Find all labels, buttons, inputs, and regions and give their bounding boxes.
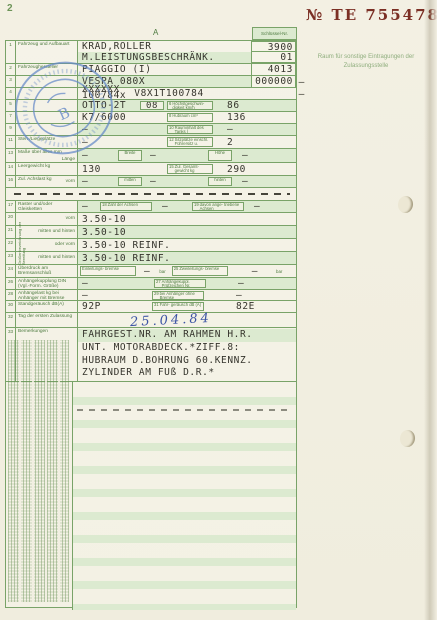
page-number: 2 xyxy=(7,3,13,14)
tracks-value: – xyxy=(82,201,100,212)
field-12-label-box: 12Sitzplätze einschl. Führersitz u. Nots… xyxy=(167,137,213,148)
punch-hole-bottom xyxy=(399,429,416,448)
field-21-value: 3.50-10 xyxy=(78,226,296,238)
field-17-number: 17 xyxy=(6,201,16,212)
field-28-label: Anhängelast kg bei Anhänger mit Bremse xyxy=(16,290,78,300)
field-24-label: Überdruck am Bremsanschluß xyxy=(16,265,78,277)
striped-entry-area xyxy=(73,382,296,610)
document-serial-number: № TE 755478 xyxy=(306,6,437,24)
field-16-number: 16 xyxy=(6,176,16,187)
first-registration-date-handwritten: 25.04.84 xyxy=(130,310,213,329)
dual-line-brake-box: 25Zweileitungs- bremse xyxy=(172,266,228,277)
displacement-value: 136 xyxy=(227,112,246,123)
divider-row xyxy=(6,188,296,201)
field-1-number: 1 xyxy=(6,41,16,63)
axle-rear-label-box: hinten xyxy=(208,177,232,187)
driven-axles-value: – xyxy=(254,201,260,212)
field-13-number: 13 xyxy=(6,149,16,162)
field-19-label-box: 19davon ange- triebene Achsen xyxy=(192,202,244,212)
single-line-brake-box: Einleitungs- bremse xyxy=(80,266,136,277)
coupling-value: – xyxy=(82,278,154,289)
key-box-01: 01 xyxy=(251,51,296,63)
field-21-label: mitten und hinten xyxy=(16,226,78,238)
remark-line-1: FAHRGEST.NR. AM RAHMEN H.R. xyxy=(78,329,296,342)
field-31-label-box: 31Fahr- geräusch dB (A) xyxy=(152,302,204,312)
field-4-after-dash: – xyxy=(299,89,305,100)
row-brake-pressure: 24 Überdruck am Bremsanschluß Einleitung… xyxy=(6,265,296,278)
axle-front-value: – xyxy=(82,176,118,187)
row-tire-alt-front: 22 oder vorn 3.50-10 REINF. xyxy=(6,239,296,252)
field-22-number: 22 xyxy=(6,239,16,251)
vin-value: V8X1T100784 xyxy=(134,88,204,99)
field-3-after-dash: – xyxy=(299,77,305,88)
stamp-center-letter: B xyxy=(56,104,73,124)
field-29-label-box: 29bei Anhänger ohne Bremse xyxy=(152,291,204,300)
row-coupling: 26 Anhängekupplung DIN (Vgl.-Form. Größe… xyxy=(6,278,296,290)
bar-unit-2: bar xyxy=(276,269,282,274)
field-23-value: 3.50-10 REINF. xyxy=(78,252,296,264)
field-16-label: Zul. Achslast kgvorn xyxy=(16,176,78,187)
top-speed-value: 86 xyxy=(227,100,240,111)
height-label-box: Höhe xyxy=(208,150,232,162)
row-noise: 30 Standgeräusch dB(A) 92P 31Fahr- geräu… xyxy=(6,301,296,313)
page-edge xyxy=(424,0,437,620)
field-6-label-box: 6Höchstgeschwin- digkeit km/h xyxy=(167,101,213,111)
field-30-number: 30 xyxy=(6,301,16,312)
axle-middle-label-box: mitten xyxy=(118,177,142,187)
remark-line-3: HUBRAUM D.BOHRUNG 60.KENNZ. xyxy=(78,355,296,368)
driving-noise-value: 82E xyxy=(236,301,255,312)
field-32-value: 25.04.84 xyxy=(78,313,296,327)
field-11-number: 11 xyxy=(6,136,16,148)
row-tire-front: 20 vorn 3.50-10 xyxy=(6,213,296,226)
field-18-label-box: 18Zahl der Achsen xyxy=(100,202,152,212)
field-1-value: KRAD,ROLLER 3900 M.LEISTUNGSBESCHRÄNK. 0… xyxy=(78,41,296,63)
typed-dash-line xyxy=(14,193,290,195)
row-axle-load: 16 Zul. Achslast kgvorn – mitten – hinte… xyxy=(6,176,296,188)
field-16-value: – mitten – hinten – xyxy=(78,176,296,187)
axle-rear-value: – xyxy=(242,176,248,187)
field-14-number: 14 xyxy=(6,163,16,175)
bar-unit-1: bar xyxy=(159,269,165,274)
width-value: – xyxy=(150,150,166,161)
field-24-25-value: Einleitungs- bremse – bar 25Zweileitungs… xyxy=(78,265,296,277)
field-8-label-box: 8Hubraum cm³ xyxy=(167,113,213,123)
tire-alt-rear-value: 3.50-10 REINF. xyxy=(82,253,170,264)
trailer-braked-value: – xyxy=(82,290,152,301)
empty-weight-value: 130 xyxy=(82,164,140,175)
key-number-header: Schlüssel-Nr. xyxy=(252,27,297,40)
table-header: A Schlüssel-Nr. xyxy=(5,26,297,40)
field-17-label: Raster und/oder Gleisketten xyxy=(16,201,78,212)
field-22-value: 3.50-10 REINF. xyxy=(78,239,296,251)
row-trailer-load: 28 Anhängelast kg bei Anhänger mit Brems… xyxy=(6,290,296,301)
field-15-label-box: 15Zul. Gesamt- gewicht kg xyxy=(167,164,213,175)
field-20-value: 3.50-10 xyxy=(78,213,296,225)
registration-office-note: Raum für sonstige Eintragungen der Zulas… xyxy=(308,53,424,71)
field-30-31-value: 92P 31Fahr- geräusch dB (A) 82E xyxy=(78,301,296,312)
remark-line-4: ZYLINDER AM FUß D.R.* xyxy=(78,367,296,380)
seats-value: 2 xyxy=(227,137,233,148)
field-30-label: Standgeräusch dB(A) xyxy=(16,301,78,312)
typed-dash-line-2 xyxy=(77,409,290,411)
code-box-08: 08 xyxy=(140,101,164,111)
row-first-registration: 32 Tag der ersten Zulassung 25.04.84 xyxy=(6,313,296,328)
field-27-label-box: 27Anhängekuppl. Prüfzeichen Nr. xyxy=(154,279,206,289)
vehicle-registration-document: 2 № TE 755478 Raum für sonstige Eintragu… xyxy=(0,0,437,620)
field-33-value: FAHRGEST.NR. AM RAHMEN H.R. UNT. MOTORAB… xyxy=(78,328,296,381)
field-20-number: 20 xyxy=(6,213,16,225)
axle-count-value: – xyxy=(162,201,182,212)
row-tracks-axles: 17 Raster und/oder Gleisketten – 18Zahl … xyxy=(6,201,296,213)
row-tire-alt-rear: 23 mitten und hinten 3.50-10 REINF. xyxy=(6,252,296,265)
field-26-27-value: – 27Anhängekuppl. Prüfzeichen Nr. – xyxy=(78,278,296,289)
field-32-number: 32 xyxy=(6,313,16,327)
tire-front-value: 3.50-10 xyxy=(82,214,126,225)
height-value: – xyxy=(242,150,248,161)
field-24-number: 24 xyxy=(6,265,16,277)
remark-line-2: UNT. MOTORABDECK.*ZIFF.8: xyxy=(78,342,296,355)
dual-line-brake-value: – xyxy=(252,266,258,277)
coupling-cert-value: – xyxy=(238,278,244,289)
field-21-number: 21 xyxy=(6,226,16,238)
field-26-label: Anhängekupplung DIN (Vgl.-Form. Größe) xyxy=(16,278,78,289)
field-28-29-value: – 29bei Anhänger ohne Bremse – xyxy=(78,290,296,300)
vertical-fine-print xyxy=(8,340,69,602)
field-23-number: 23 xyxy=(6,252,16,264)
field-10-label-box: 10Rauminhalt des Tanks l xyxy=(167,125,213,135)
field-32-label: Tag der ersten Zulassung xyxy=(16,313,78,327)
field-17-19-value: – 18Zahl der Achsen – 19davon ange- trie… xyxy=(78,201,296,212)
stationary-noise-value: 92P xyxy=(82,301,152,312)
row-tire-rear: 21 mitten und hinten 3.50-10 xyxy=(6,226,296,239)
field-28-number: 28 xyxy=(6,290,16,300)
tank-value: – xyxy=(227,124,233,135)
tire-rear-value: 3.50-10 xyxy=(82,227,126,238)
width-label-box: Breite xyxy=(118,150,142,162)
field-26-number: 26 xyxy=(6,278,16,289)
field-20-label: vorn xyxy=(16,213,78,225)
axle-middle-value: – xyxy=(150,176,166,187)
punch-hole-top xyxy=(397,195,414,214)
key-box-000000: 000000 xyxy=(251,75,296,88)
column-a-header: A xyxy=(153,28,159,37)
total-weight-value: 290 xyxy=(227,164,246,175)
single-line-brake-value: – xyxy=(144,266,150,277)
trailer-unbraked-value: – xyxy=(236,290,242,301)
tire-section-side-label: Größenbezeichnung der Bereifung xyxy=(18,214,25,265)
tire-alt-front-value: 3.50-10 REINF. xyxy=(82,240,170,251)
field-14-15-value: 130 15Zul. Gesamt- gewicht kg 290 xyxy=(78,163,296,175)
